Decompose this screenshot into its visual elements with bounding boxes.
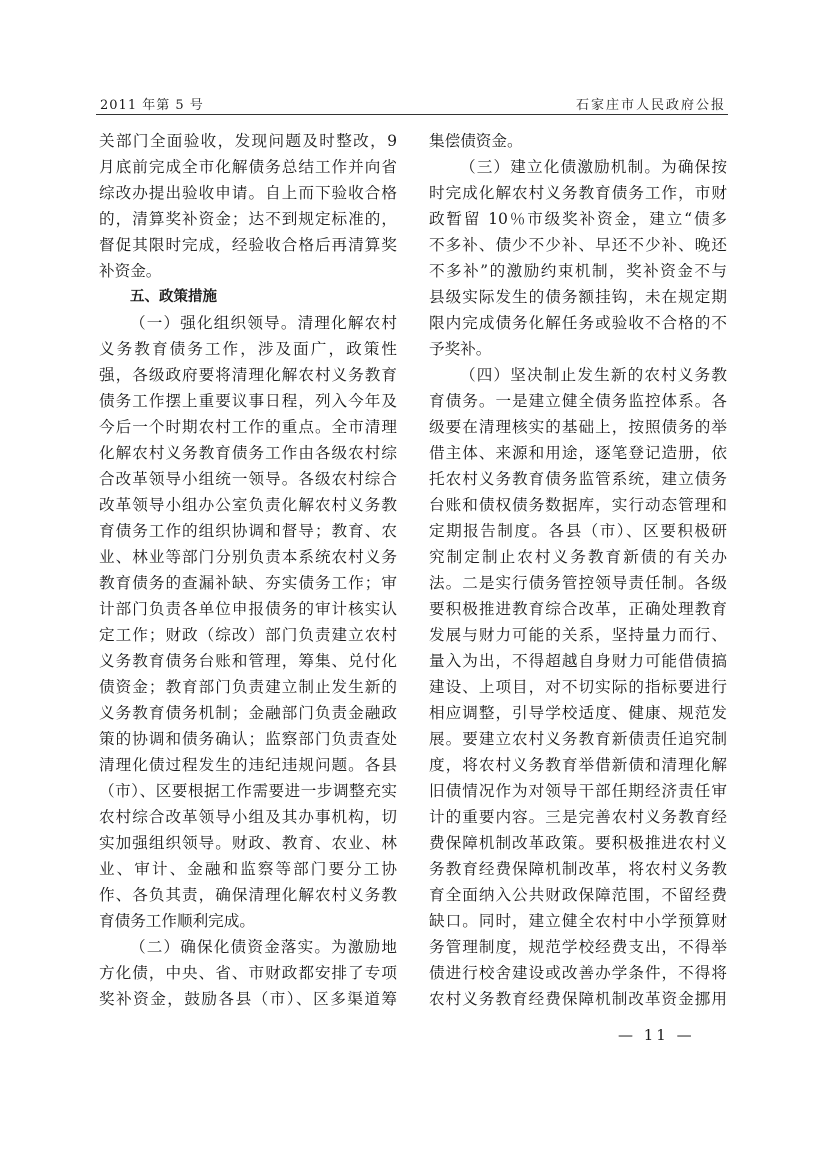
text-line: 建设、上项目，对不切实际的指标要进行 [429, 674, 727, 700]
text-line: 清理化债过程发生的违纪违规问题。各县 [99, 752, 397, 778]
text-line: 时完成化解农村义务教育债务工作，市财 [429, 180, 727, 206]
text-line: 定工作；财政（综改）部门负责建立农村 [99, 622, 397, 648]
text-line: 债务工作摆上重要议事日程，列入今年及 [99, 388, 397, 414]
text-line: 督促其限时完成，经验收合格后再清算奖 [99, 232, 397, 258]
text-line: 究制定制止农村义务教育新债的有关办 [429, 544, 727, 570]
text-line: 限内完成债务化解任务或验收不合格的不 [429, 310, 727, 336]
text-line: 的，清算奖补资金；达不到规定标准的， [99, 206, 397, 232]
text-line: 借主体、来源和用途，逐笔登记造册，依 [429, 440, 727, 466]
text-line: 务教育经费保障机制改革，将农村义务教 [429, 856, 727, 882]
right-text-column: 集偿债资金。（三）建立化债激励机制。为确保按时完成化解农村义务教育债务工作，市财… [429, 128, 727, 1012]
text-line: 缺口。同时，建立健全农村中小学预算财 [429, 908, 727, 934]
text-line: 关部门全面验收，发现问题及时整改，9 [99, 128, 397, 154]
text-line: 集偿债资金。 [429, 128, 727, 154]
text-line: 量入为出，不得超越自身财力可能借债搞 [429, 648, 727, 674]
text-line: 实加强组织领导。财政、教育、农业、林 [99, 830, 397, 856]
text-line: 旧债情况作为对领导干部任期经济责任审 [429, 778, 727, 804]
text-line: 债进行校舍建设或改善办学条件，不得将 [429, 960, 727, 986]
text-line: 政暂留 10％市级奖补资金，建立“债多 [429, 206, 727, 232]
text-line: 义务教育债务工作，涉及面广，政策性 [99, 336, 397, 362]
text-line: 发展与财力可能的关系，坚持量力而行、 [429, 622, 727, 648]
page-number: — 11 — [618, 1026, 695, 1044]
text-line: 育债务。一是建立健全债务监控体系。各 [429, 388, 727, 414]
text-line: 方化债，中央、省、市财政都安排了专项 [99, 960, 397, 986]
text-line: 奖补资金，鼓励各县（市）、区多渠道筹 [99, 986, 397, 1012]
text-line: （四）坚决制止发生新的农村义务教 [429, 362, 727, 388]
text-line: 业、林业等部门分别负责本系统农村义务 [99, 544, 397, 570]
issue-label: 2011 年第 5 号 [100, 94, 204, 113]
text-line: 义务教育债务机制；金融部门负责金融政 [99, 700, 397, 726]
text-line: 相应调整，引导学校适度、健康、规范发 [429, 700, 727, 726]
text-line: 费保障机制改革政策。要积极推进农村义 [429, 830, 727, 856]
text-line: 不多补、债少不少补、早还不少补、晚还 [429, 232, 727, 258]
text-line: （二）确保化债资金落实。为激励地 [99, 934, 397, 960]
text-line: 计的重要内容。三是完善农村义务教育经 [429, 804, 727, 830]
text-line: （三）建立化债激励机制。为确保按 [429, 154, 727, 180]
text-line: 改革领导小组办公室负责化解农村义务教 [99, 492, 397, 518]
left-text-column: 关部门全面验收，发现问题及时整改，9月底前完成全市化解债务总结工作并向省综改办提… [99, 128, 397, 1012]
text-line: 台账和债权债务数据库，实行动态管理和 [429, 492, 727, 518]
text-line: 予奖补。 [429, 336, 727, 362]
text-line: 级要在清理核实的基础上，按照债务的举 [429, 414, 727, 440]
text-line: 化解农村义务教育债务工作由各级农村综 [99, 440, 397, 466]
text-line: 义务教育债务台账和管理，筹集、兑付化 [99, 648, 397, 674]
text-line: 农村综合改革领导小组及其办事机构，切 [99, 804, 397, 830]
text-line: 业、审计、金融和监察等部门要分工协 [99, 856, 397, 882]
text-line: （一）强化组织领导。清理化解农村 [99, 310, 397, 336]
text-line: 补资金。 [99, 258, 397, 284]
publication-title: 石家庄市人民政府公报 [576, 94, 726, 113]
page-header: 2011 年第 5 号 石家庄市人民政府公报 [96, 92, 728, 115]
text-line: 债资金；教育部门负责建立制止发生新的 [99, 674, 397, 700]
text-line: 今后一个时期农村工作的重点。全市清理 [99, 414, 397, 440]
text-line: 展。要建立农村义务教育新债责任追究制 [429, 726, 727, 752]
text-line: 育债务工作的组织协调和督导；教育、农 [99, 518, 397, 544]
text-line: 育债务工作顺利完成。 [99, 908, 397, 934]
text-line: 综改办提出验收申请。自上而下验收合格 [99, 180, 397, 206]
text-line: 要积极推进教育综合改革，正确处理教育 [429, 596, 727, 622]
text-line: 强，各级政府要将清理化解农村义务教育 [99, 362, 397, 388]
text-line: 度，将农村义务教育举借新债和清理化解 [429, 752, 727, 778]
text-line: 教育债务的查漏补缺、夯实债务工作；审 [99, 570, 397, 596]
text-line: 月底前完成全市化解债务总结工作并向省 [99, 154, 397, 180]
text-line: 策的协调和债务确认；监察部门负责查处 [99, 726, 397, 752]
text-line: 农村义务教育经费保障机制改革资金挪用 [429, 986, 727, 1012]
text-line: 务管理制度，规范学校经费支出，不得举 [429, 934, 727, 960]
text-line: 县级实际发生的债务额挂钩，未在规定期 [429, 284, 727, 310]
text-line: 定期报告制度。各县（市）、区要积极研 [429, 518, 727, 544]
section-heading: 五、政策措施 [99, 284, 397, 310]
text-line: 育全面纳入公共财政保障范围，不留经费 [429, 882, 727, 908]
text-line: 不多补”的激励约束机制，奖补资金不与 [429, 258, 727, 284]
text-line: 作、各负其责，确保清理化解农村义务教 [99, 882, 397, 908]
text-line: （市）、区要根据工作需要进一步调整充实 [99, 778, 397, 804]
text-line: 托农村义务教育债务监管系统，建立债务 [429, 466, 727, 492]
text-line: 法。二是实行债务管控领导责任制。各级 [429, 570, 727, 596]
text-line: 计部门负责各单位申报债务的审计核实认 [99, 596, 397, 622]
text-line: 合改革领导小组统一领导。各级农村综合 [99, 466, 397, 492]
